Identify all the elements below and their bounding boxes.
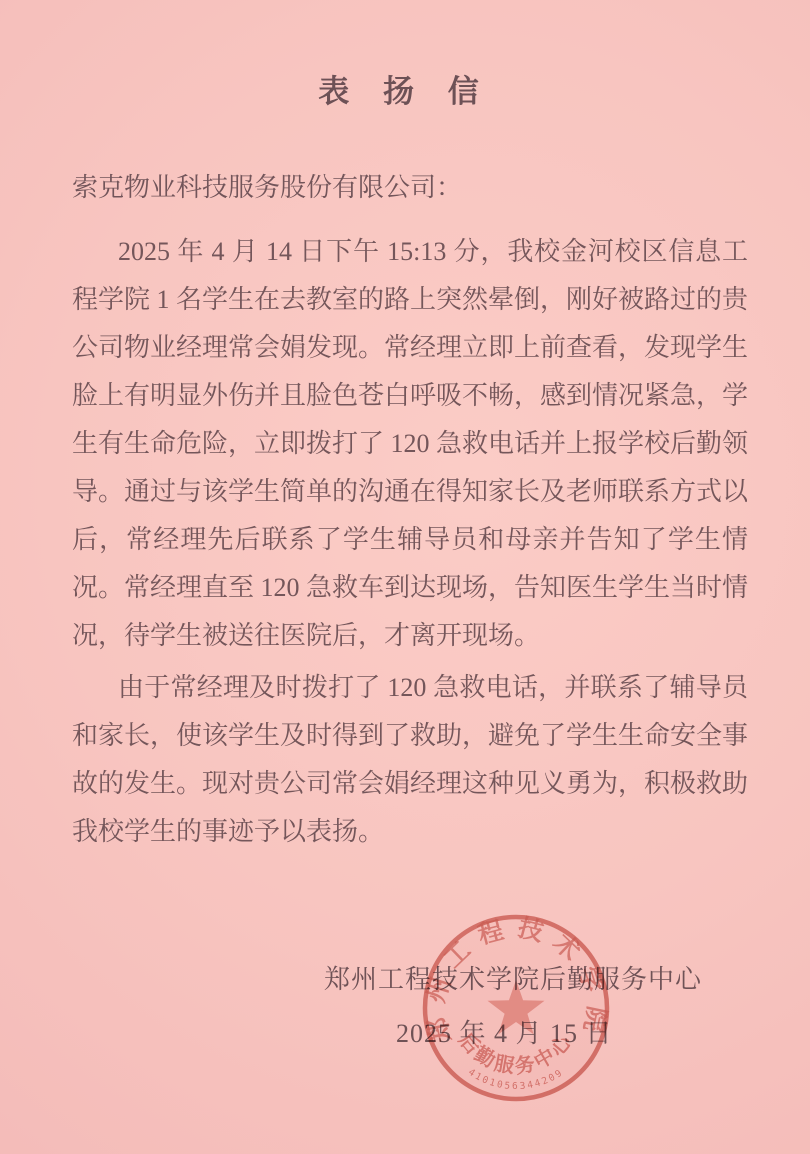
body-line: 导。通过与该学生简单的沟通在得知家长及老师联系方式以 xyxy=(72,468,748,516)
seal-ring xyxy=(425,917,607,1099)
body-line: 公司物业经理常会娟发现。常经理立即上前查看，发现学生 xyxy=(72,324,748,372)
letter-title: 表 扬 信 xyxy=(0,66,810,111)
recipient-line: 索克物业科技服务股份有限公司： xyxy=(72,164,748,212)
body-line: 我校学生的事迹予以表扬。 xyxy=(72,808,748,856)
body-line: 后，常经理先后联系了学生辅导员和母亲并告知了学生情 xyxy=(72,516,748,564)
svg-text:4101056344209: 4101056344209 xyxy=(466,1067,566,1092)
body-line: 由于常经理及时拨打了 120 急救电话，并联系了辅导员 xyxy=(72,664,748,712)
seal-code: 4101056344209 xyxy=(466,1067,566,1092)
signature-org: 郑州工程技术学院后勤服务中心 xyxy=(324,956,702,1004)
body-line: 故的发生。现对贵公司常会娟经理这种见义勇为，积极救助 xyxy=(72,760,748,808)
body-line: 程学院 1 名学生在去教室的路上突然晕倒，刚好被路过的贵 xyxy=(72,276,748,324)
seal-graphic: 郑州工程技术学院 后勤服务中心 4101056344209 xyxy=(416,908,616,1108)
paragraph-2: 由于常经理及时拨打了 120 急救电话，并联系了辅导员 和家长，使该学生及时得到… xyxy=(72,664,748,856)
body-line: 2025 年 4 月 14 日下午 15:13 分，我校金河校区信息工 xyxy=(72,228,748,276)
paragraph-1: 2025 年 4 月 14 日下午 15:13 分，我校金河校区信息工 程学院 … xyxy=(72,228,748,660)
body-line: 生有生命危险，立即拨打了 120 急救电话并上报学校后勤领 xyxy=(72,420,748,468)
official-seal-stamp: 郑州工程技术学院 后勤服务中心 4101056344209 xyxy=(416,908,616,1108)
body-line: 况。常经理直至 120 急救车到达现场，告知医生学生当时情 xyxy=(72,564,748,612)
commendation-letter-page: 表 扬 信 索克物业科技服务股份有限公司： 2025 年 4 月 14 日下午 … xyxy=(0,0,810,1154)
body-line: 和家长，使该学生及时得到了救助，避免了学生生命安全事 xyxy=(72,712,748,760)
body-line: 况，待学生被送往医院后，才离开现场。 xyxy=(72,612,748,660)
body-line: 脸上有明显外伤并且脸色苍白呼吸不畅，感到情况紧急，学 xyxy=(72,372,748,420)
signature-date: 2025 年 4 月 15 日 xyxy=(396,1010,613,1058)
